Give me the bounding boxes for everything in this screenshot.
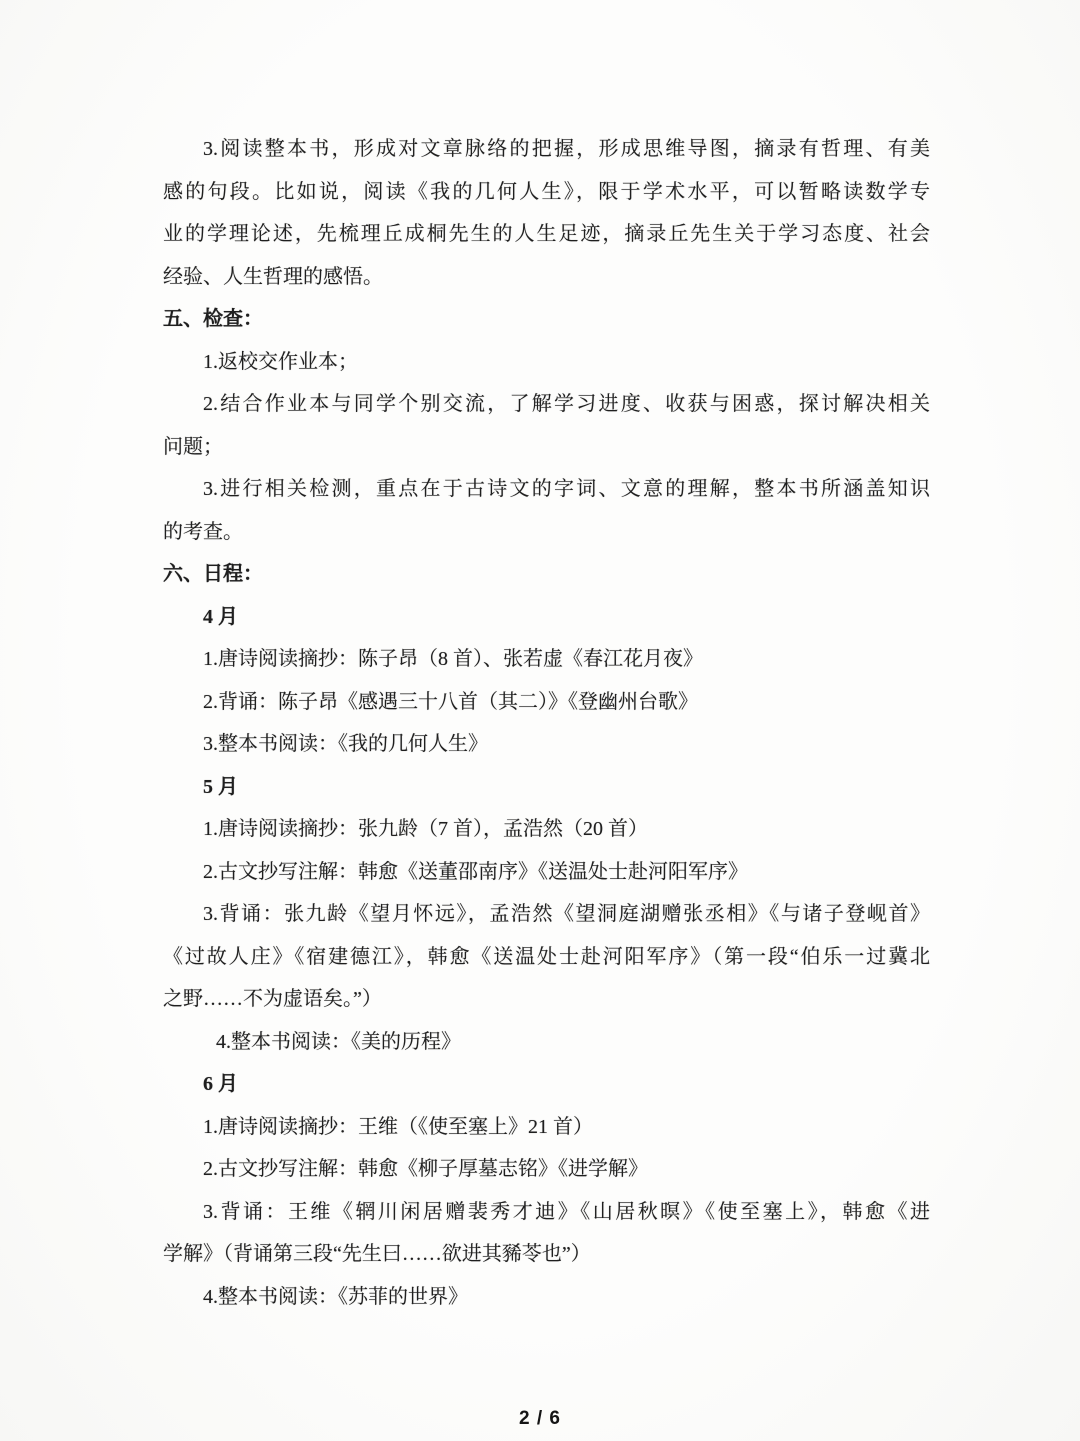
- doc-line: 1.唐诗阅读摘抄：陈子昂（8 首）、张若虚《春江花月夜》: [163, 638, 930, 681]
- doc-line: 1.返校交作业本；: [163, 341, 930, 384]
- doc-line: 的考查。: [163, 511, 930, 554]
- section-heading: 五、检查：: [163, 298, 930, 341]
- document-page: 3.阅读整本书，形成对文章脉络的把握，形成思维导图，摘录有哲理、有美 感的句段。…: [0, 0, 1080, 1441]
- doc-line: 经验、人生哲理的感悟。: [163, 256, 930, 299]
- doc-line: 4.整本书阅读：《苏菲的世界》: [163, 1276, 930, 1319]
- section-heading: 六、日程：: [163, 553, 930, 596]
- doc-line: 感的句段。比如说，阅读《我的几何人生》，限于学术水平，可以暂略读数学专: [163, 171, 930, 214]
- month-label: 5 月: [163, 766, 930, 809]
- doc-line: 1.唐诗阅读摘抄：张九龄（7 首），孟浩然（20 首）: [163, 808, 930, 851]
- doc-line: 3.背诵：张九龄《望月怀远》，孟浩然《望洞庭湖赠张丞相》《与诸子登岘首》: [163, 893, 930, 936]
- doc-line: 3.进行相关检测，重点在于古诗文的字词、文意的理解，整本书所涵盖知识: [163, 468, 930, 511]
- doc-line: 2.背诵：陈子昂《感遇三十八首（其二）》《登幽州台歌》: [163, 681, 930, 724]
- doc-line: 2.古文抄写注解：韩愈《柳子厚墓志铭》《进学解》: [163, 1148, 930, 1191]
- month-label: 6 月: [163, 1063, 930, 1106]
- doc-line: 2.古文抄写注解：韩愈《送董邵南序》《送温处士赴河阳军序》: [163, 851, 930, 894]
- doc-line: 问题；: [163, 426, 930, 469]
- doc-line: 1.唐诗阅读摘抄：王维（《使至塞上》21 首）: [163, 1106, 930, 1149]
- doc-line: 4.整本书阅读：《美的历程》: [163, 1021, 930, 1064]
- doc-line: 3.整本书阅读：《我的几何人生》: [163, 723, 930, 766]
- doc-line: 之野……不为虚语矣。”）: [163, 978, 930, 1021]
- doc-line: 3.阅读整本书，形成对文章脉络的把握，形成思维导图，摘录有哲理、有美: [163, 128, 930, 171]
- doc-line: 2.结合作业本与同学个别交流，了解学习进度、收获与困惑，探讨解决相关: [163, 383, 930, 426]
- doc-line: 学解》（背诵第三段“先生曰……欲进其豨苓也”）: [163, 1233, 930, 1276]
- page-indicator: 2 / 6: [0, 1408, 1080, 1430]
- month-label: 4 月: [163, 596, 930, 639]
- doc-line: 3.背诵：王维《辋川闲居赠裴秀才迪》《山居秋暝》《使至塞上》，韩愈《进: [163, 1191, 930, 1234]
- doc-line: 《过故人庄》《宿建德江》，韩愈《送温处士赴河阳军序》（第一段“伯乐一过冀北: [163, 936, 930, 979]
- doc-line: 业的学理论述，先梳理丘成桐先生的人生足迹，摘录丘先生关于学习态度、社会: [163, 213, 930, 256]
